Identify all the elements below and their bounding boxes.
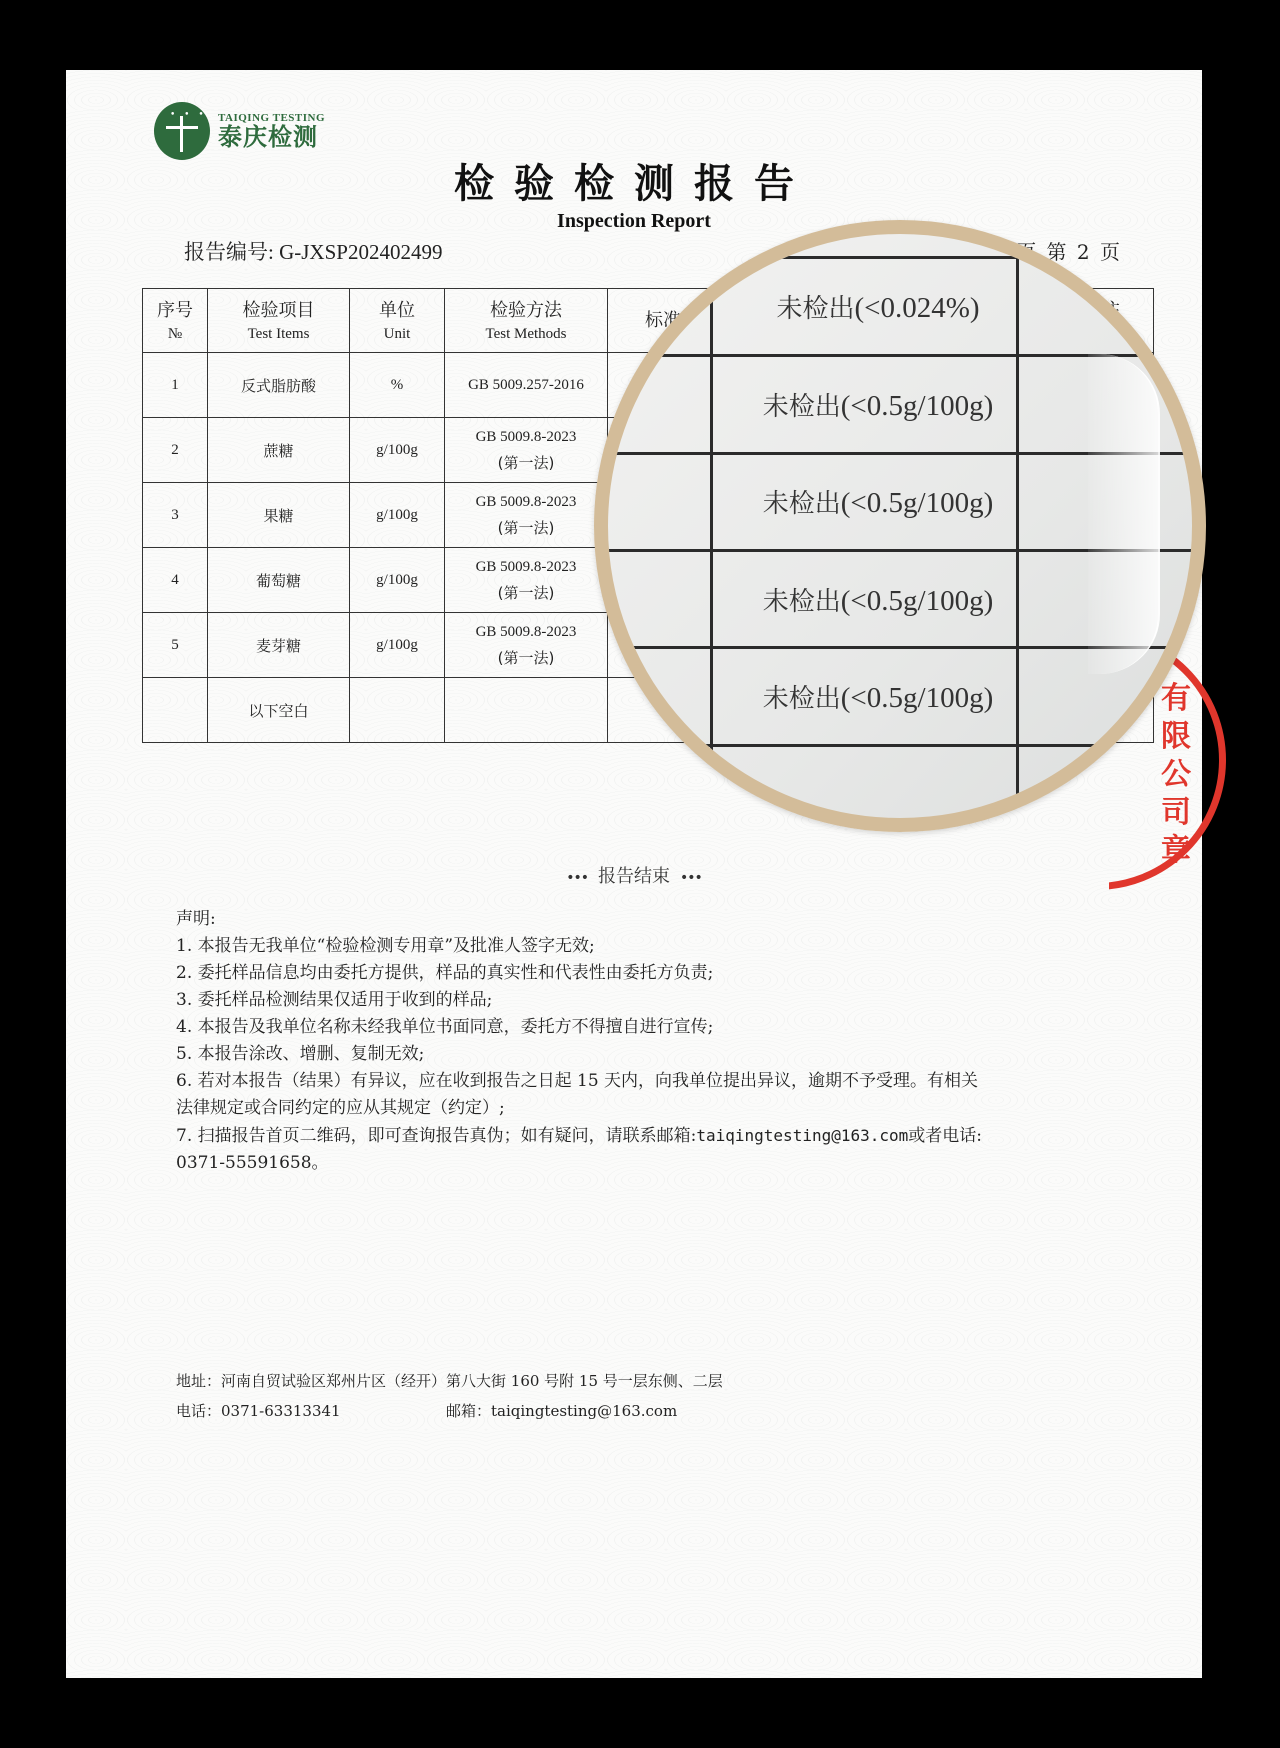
statement-item: 3. 委托样品检测结果仅适用于收到的样品; bbox=[176, 987, 1156, 1014]
magnified-result: 未检出(<0.5g/100g) bbox=[723, 581, 1033, 618]
col-unit: 单位Unit bbox=[350, 289, 445, 353]
statement-item: 7. 扫描报告首页二维码，即可查询报告真伪；如有疑问，请联系邮箱:taiqing… bbox=[176, 1122, 1156, 1150]
magnifier-overlay: 未检出(<0.024%) 未检出(<0.5g/100g) 未检出(<0.5g/1… bbox=[594, 220, 1206, 832]
statement-item: 5. 本报告涂改、增删、复制无效; bbox=[176, 1041, 1156, 1068]
logo-name-cn: 泰庆检测 bbox=[218, 124, 325, 150]
statement-item: 2. 委托样品信息均由委托方提供，样品的真实性和代表性由委托方负责; bbox=[176, 960, 1156, 987]
col-no: 序号№ bbox=[143, 289, 208, 353]
report-number-value: G-JXSP202402499 bbox=[279, 240, 442, 264]
magnified-result: 未检出(<0.5g/100g) bbox=[723, 386, 1033, 423]
magnified-result: 未检出(<0.5g/100g) bbox=[723, 483, 1033, 520]
statement-item: 1. 本报告无我单位“检验检测专用章”及批准人签字无效; bbox=[176, 933, 1156, 960]
footer-phone: 电话：0371-63313341 bbox=[176, 1396, 446, 1426]
statement-item: 法律规定或合同约定的应从其规定（约定）; bbox=[176, 1095, 1156, 1122]
blank-label: 以下空白 bbox=[208, 678, 350, 743]
footer-address: 地址：河南自贸试验区郑州片区（经开）第八大街 160 号附 15 号一层东侧、二… bbox=[176, 1366, 1076, 1396]
statement-heading: 声明: bbox=[176, 906, 1156, 933]
footer-email: 邮箱：taiqingtesting@163.com bbox=[446, 1396, 677, 1426]
contact-email: taiqingtesting@163.com bbox=[696, 1126, 908, 1145]
col-test-items: 检验项目Test Items bbox=[208, 289, 350, 353]
contact-phone: 0371-55591658。 bbox=[176, 1150, 1156, 1177]
statement-section: 声明: 1. 本报告无我单位“检验检测专用章”及批准人签字无效; 2. 委托样品… bbox=[176, 906, 1156, 1177]
report-title-cn: 检验检测报告 bbox=[66, 152, 1202, 209]
magnified-result: 未检出(<0.024%) bbox=[723, 288, 1033, 325]
statement-item: 4. 本报告及我单位名称未经我单位书面同意，委托方不得擅自进行宣传; bbox=[176, 1014, 1156, 1041]
col-test-methods: 检验方法Test Methods bbox=[445, 289, 608, 353]
report-number: 报告编号: G-JXSP202402499 bbox=[184, 236, 442, 266]
magnified-result: 未检出(<0.5g/100g) bbox=[723, 678, 1033, 715]
report-end-mark: •••报告结束••• bbox=[66, 862, 1202, 888]
report-title-en: Inspection Report bbox=[66, 210, 1202, 233]
lens-glare bbox=[1088, 354, 1160, 674]
statement-item: 6. 若对本报告（结果）有异议，应在收到报告之日起 15 天内，向我单位提出异议… bbox=[176, 1068, 1156, 1095]
footer: 地址：河南自贸试验区郑州片区（经开）第八大街 160 号附 15 号一层东侧、二… bbox=[176, 1366, 1076, 1426]
report-page: • • • TAIQING TESTING 泰庆检测 检验检测报告 Inspec… bbox=[66, 70, 1202, 1678]
report-number-label: 报告编号: bbox=[184, 240, 274, 264]
